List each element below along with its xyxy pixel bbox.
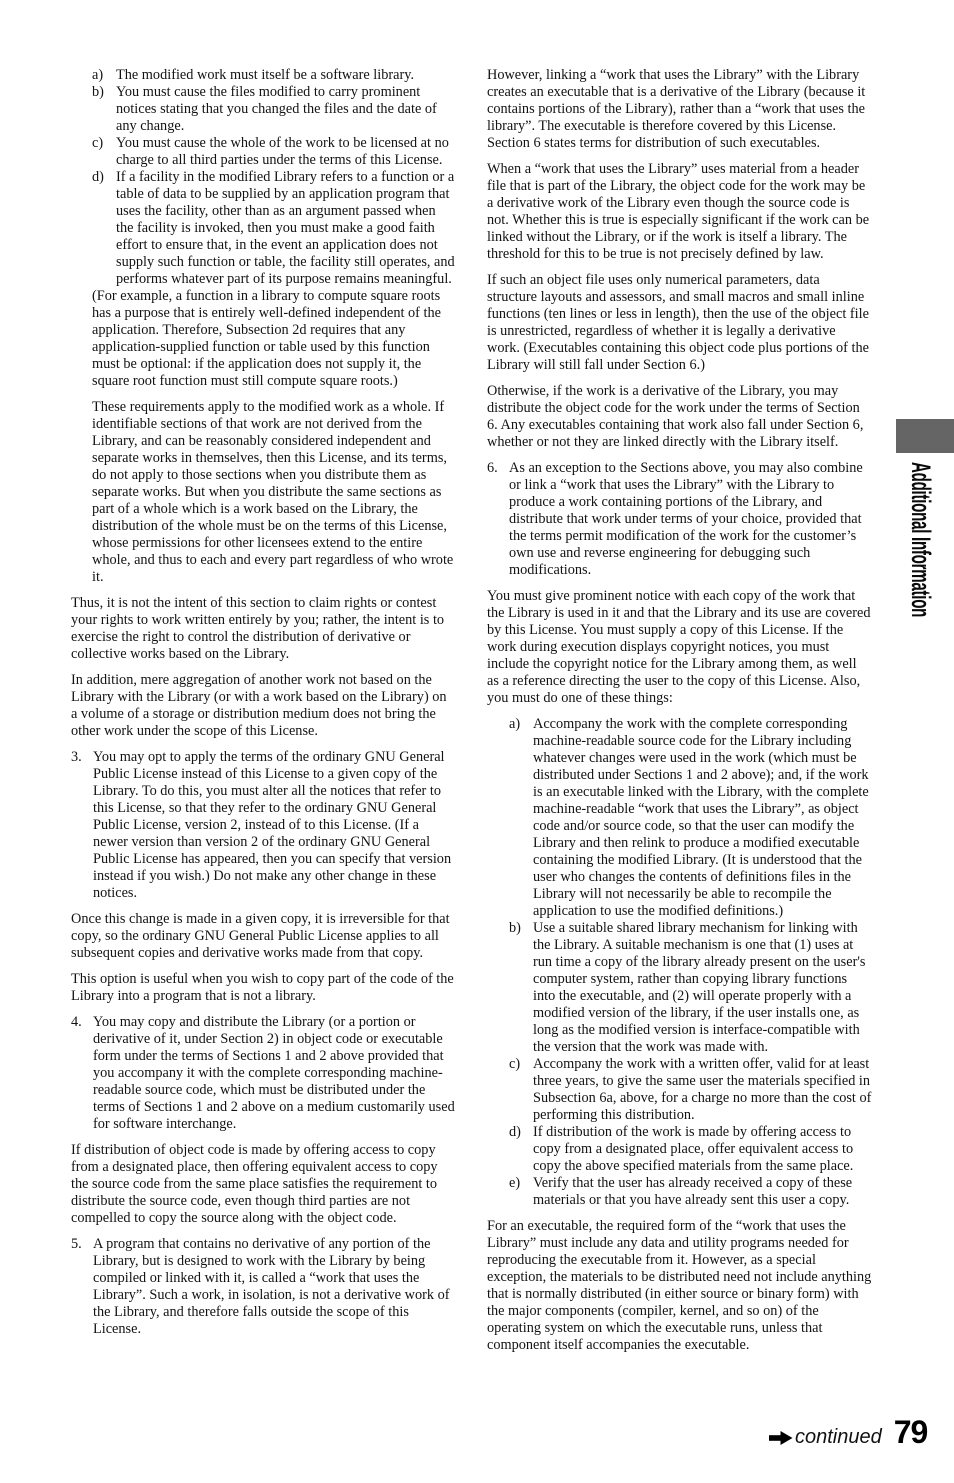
list-text: You may opt to apply the terms of the or…: [93, 749, 456, 902]
list-marker: e): [509, 1175, 533, 1192]
list-marker: 3.: [71, 749, 93, 766]
list-item-b: b) Use a suitable shared library mechani…: [509, 920, 872, 1056]
paragraph-however-linking: However, linking a “work that uses the L…: [487, 67, 872, 152]
page-footer: continued 79: [769, 1424, 927, 1446]
paragraph-for-example: (For example, a function in a library to…: [92, 288, 456, 390]
list-marker: c): [509, 1056, 533, 1073]
paragraph-when-header-file: When a “work that uses the Library” uses…: [487, 161, 872, 263]
lettered-list-section2: a) The modified work must itself be a so…: [71, 67, 456, 288]
list-marker: 5.: [71, 1236, 93, 1253]
list-marker: c): [92, 135, 116, 152]
paragraph-requirements: These requirements apply to the modified…: [92, 399, 456, 586]
list-item-d: d) If distribution of the work is made b…: [509, 1124, 872, 1175]
list-text: Accompany the work with a written offer,…: [533, 1056, 872, 1124]
list-text: Use a suitable shared library mechanism …: [533, 920, 872, 1056]
section-tab-marker: [896, 419, 954, 453]
list-marker: 4.: [71, 1014, 93, 1031]
numbered-item-4: 4. You may copy and distribute the Libra…: [71, 1014, 456, 1133]
list-text: You must cause the files modified to car…: [116, 84, 456, 135]
list-marker: 6.: [487, 460, 509, 477]
paragraph-once-change: Once this change is made in a given copy…: [71, 911, 456, 962]
paragraph-object-code-distribution: If distribution of object code is made b…: [71, 1142, 456, 1227]
list-text: If distribution of the work is made by o…: [533, 1124, 872, 1175]
lettered-list-section6: a) Accompany the work with the complete …: [487, 716, 872, 1209]
list-item-d: d) If a facility in the modified Library…: [92, 169, 456, 288]
list-marker: a): [509, 716, 533, 733]
list-item-c: c) Accompany the work with a written off…: [509, 1056, 872, 1124]
list-item-a: a) Accompany the work with the complete …: [509, 716, 872, 920]
list-marker: d): [92, 169, 116, 186]
paragraph-prominent-notice: You must give prominent notice with each…: [487, 588, 872, 707]
paragraph-option-useful: This option is useful when you wish to c…: [71, 971, 456, 1005]
list-text: You may copy and distribute the Library …: [93, 1014, 456, 1133]
numbered-item-3: 3. You may opt to apply the terms of the…: [71, 749, 456, 902]
list-item-a: a) The modified work must itself be a so…: [92, 67, 456, 84]
right-column: However, linking a “work that uses the L…: [487, 67, 872, 1363]
numbered-item-5: 5. A program that contains no derivative…: [71, 1236, 456, 1338]
right-arrow-icon: [769, 1431, 793, 1445]
list-marker: d): [509, 1124, 533, 1141]
section-tab-label: Additional Information: [912, 462, 929, 617]
list-item-c: c) You must cause the whole of the work …: [92, 135, 456, 169]
paragraph-executable-required-form: For an executable, the required form of …: [487, 1218, 872, 1354]
list-text: A program that contains no derivative of…: [93, 1236, 456, 1338]
paragraph-otherwise: Otherwise, if the work is a derivative o…: [487, 383, 872, 451]
list-text: The modified work must itself be a softw…: [116, 67, 456, 84]
list-text: Accompany the work with the complete cor…: [533, 716, 872, 920]
list-text: You must cause the whole of the work to …: [116, 135, 456, 169]
document-page: a) The modified work must itself be a so…: [0, 0, 954, 1483]
list-text: If a facility in the modified Library re…: [116, 169, 456, 288]
list-item-e: e) Verify that the user has already rece…: [509, 1175, 872, 1209]
numbered-item-6: 6. As an exception to the Sections above…: [487, 460, 872, 579]
list-marker: a): [92, 67, 116, 84]
list-text: Verify that the user has already receive…: [533, 1175, 872, 1209]
list-marker: b): [92, 84, 116, 101]
page-number: 79: [894, 1424, 928, 1441]
list-marker: b): [509, 920, 533, 937]
list-text: As an exception to the Sections above, y…: [509, 460, 872, 579]
list-item-b: b) You must cause the files modified to …: [92, 84, 456, 135]
left-column: a) The modified work must itself be a so…: [71, 67, 456, 1347]
paragraph-aggregation: In addition, mere aggregation of another…: [71, 672, 456, 740]
continued-label: continued: [795, 1429, 882, 1446]
paragraph-thus: Thus, it is not the intent of this secti…: [71, 595, 456, 663]
paragraph-object-file: If such an object file uses only numeric…: [487, 272, 872, 374]
